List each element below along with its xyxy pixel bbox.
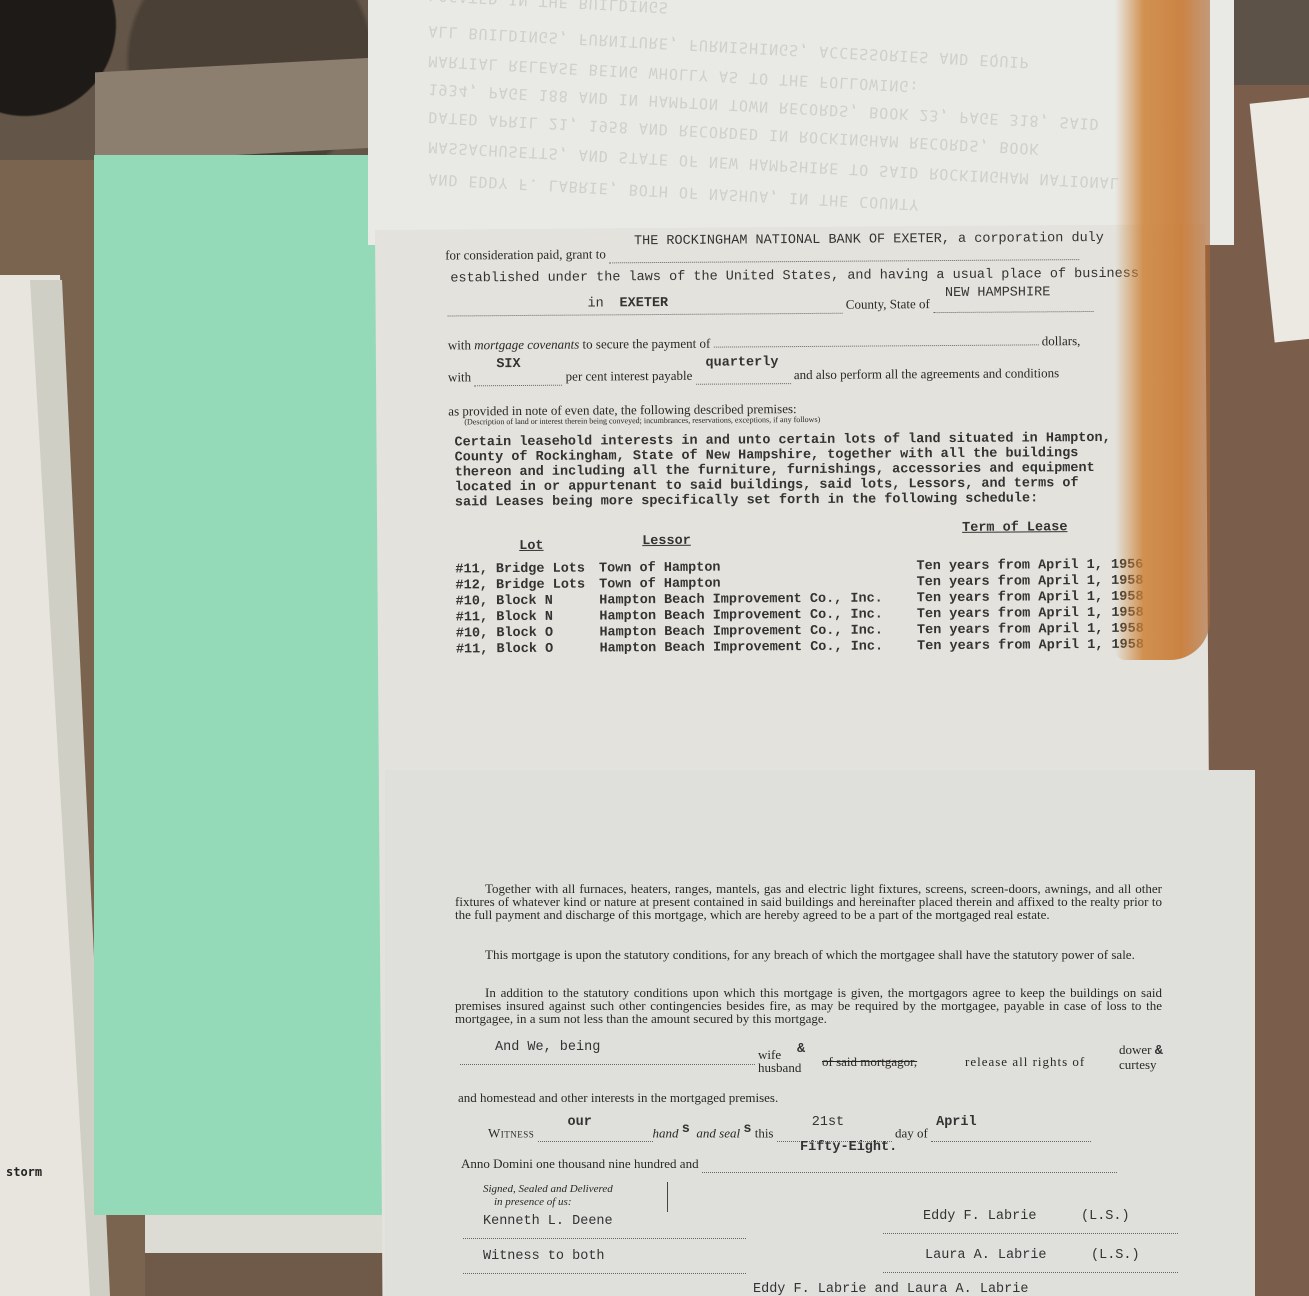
signer-1-field: Eddy F. Labrie (L.S.) [883, 1215, 1178, 1234]
month-field: April [931, 1125, 1091, 1142]
signer-2-line: Laura A. Labrie (L.S.) [883, 1254, 1178, 1273]
witness-line: Witness our hand s and seal s this 21st … [488, 1122, 1091, 1142]
witness-1-line: Kenneth L. Deene [463, 1220, 746, 1239]
homestead-line: and homestead and other interests in the… [458, 1090, 778, 1106]
rate-field: SIX [474, 369, 562, 387]
background-paper [95, 58, 375, 163]
plural-s: s [743, 1122, 751, 1137]
witness-1-field: Kenneth L. Deene [463, 1220, 746, 1239]
presence-label: in presence of us: [494, 1196, 572, 1208]
header-lessor: Lessor [642, 534, 691, 549]
county-label: County, State of [846, 296, 930, 312]
description-line: said Leases being more specifically set … [455, 491, 1111, 511]
dower-label: dower [1119, 1042, 1152, 1057]
release-typed: And We, being [495, 1040, 600, 1055]
signer-2-name: Laura A. Labrie [925, 1248, 1047, 1263]
curtesy-label: curtesy [1119, 1057, 1157, 1072]
this-label: this [755, 1125, 774, 1140]
witness-year: Fifty-Eight. [800, 1140, 897, 1155]
schedule-lot: #11, Block O [456, 640, 600, 657]
schedule-lessor: Hampton Beach Improvement Co., Inc. [599, 606, 897, 624]
witness-day: 21st [812, 1115, 844, 1130]
grantee-field: THE ROCKINGHAM NATIONAL BANK OF EXETER, … [609, 243, 1079, 263]
signer-1-line: Eddy F. Labrie (L.S.) [883, 1215, 1178, 1234]
interest-rate: SIX [496, 357, 520, 372]
ampersand: & [797, 1042, 805, 1057]
witness-2-line: Witness to both [463, 1255, 746, 1274]
with-label: with [448, 369, 471, 384]
witness-our: our [568, 1115, 592, 1130]
left-sheet-word: storm [0, 1165, 66, 1179]
folded-page-top: LOCATED IN THE BUILDINGS ALL BUILDINGS, … [368, 0, 1234, 245]
witness-2-label: Witness to both [483, 1249, 605, 1264]
signed-label: Signed, Sealed and Delivered [483, 1183, 613, 1195]
mortgage-covenants: mortgage covenants [474, 337, 579, 353]
frequency-field: quarterly [696, 367, 791, 385]
signed-sealed: Signed, Sealed and Delivered in presence… [483, 1183, 613, 1209]
payment-line: with mortgage covenants to secure the pa… [448, 333, 1081, 353]
witness-label: Witness [488, 1125, 534, 1140]
dollars-label: dollars, [1042, 333, 1081, 348]
anno-line: Anno Domini one thousand nine hundred an… [461, 1156, 1117, 1173]
payment-suffix: to secure the payment of [582, 336, 710, 352]
combined-names: Eddy F. Labrie and Laura A. Labrie [753, 1282, 1028, 1296]
schedule-lot: #11, Bridge Lots [455, 560, 599, 577]
release-text: release all rights of [965, 1054, 1085, 1070]
location-line: in EXETER County, State of NEW HAMPSHIRE [447, 295, 1093, 317]
header-lot: Lot [519, 539, 543, 554]
insurance-clause: In addition to the statutory conditions … [455, 986, 1162, 1025]
white-strip [145, 1215, 393, 1253]
grantee: THE ROCKINGHAM NATIONAL BANK OF EXETER, … [634, 231, 1104, 249]
anno-label: Anno Domini one thousand nine hundred an… [461, 1156, 699, 1171]
witness-month: April [936, 1115, 977, 1130]
rust-stain [1115, 0, 1210, 660]
statutory-clause: This mortgage is upon the statutory cond… [455, 948, 1162, 961]
city-field: in EXETER [447, 297, 842, 317]
payment-amount-field [714, 344, 1039, 347]
interest-line: with SIX per cent interest payable quart… [448, 365, 1059, 386]
lease-schedule: #11, Bridge LotsTown of HamptonTen years… [455, 557, 1158, 658]
state: NEW HAMPSHIRE [945, 285, 1050, 301]
plural-s: s [682, 1122, 690, 1137]
state-field: NEW HAMPSHIRE [933, 295, 1093, 313]
signer-2-field: Laura A. Labrie (L.S.) [883, 1254, 1178, 1273]
brace [667, 1182, 668, 1212]
rate-suffix: per cent interest payable [566, 368, 693, 384]
signer-1-name: Eddy F. Labrie [923, 1209, 1036, 1224]
schedule-lot: #10, Block O [456, 624, 600, 641]
schedule-lessor: Hampton Beach Improvement Co., Inc. [599, 638, 897, 656]
witness-2-field: Witness to both [463, 1255, 746, 1274]
day-of-label: day of [895, 1125, 928, 1140]
payment-frequency: quarterly [705, 355, 778, 371]
dower-curtesy: dower & curtesy [1119, 1043, 1163, 1071]
schedule-lessor: Hampton Beach Improvement Co., Inc. [599, 590, 897, 608]
grant-line: for consideration paid, grant to THE ROC… [445, 243, 1079, 264]
schedule-lot: #10, Block N [456, 592, 600, 609]
schedule-lot: #12, Bridge Lots [455, 576, 599, 593]
fixtures-clause: Together with all furnaces, heaters, ran… [455, 882, 1162, 921]
brown-strip [145, 1253, 393, 1296]
schedule-lessor: Hampton Beach Improvement Co., Inc. [599, 622, 897, 640]
green-sheet [94, 155, 390, 1215]
in-label: in [587, 296, 603, 311]
city: EXETER [619, 296, 668, 311]
year-field [702, 1156, 1117, 1173]
ls-mark: (L.S.) [1081, 1209, 1130, 1224]
struck-text: of said mortgagor, [822, 1054, 917, 1070]
premises-description: Certain leasehold interests in and unto … [454, 431, 1111, 511]
release-field: And We, being [460, 1046, 755, 1065]
schedule-lot: #11, Block N [456, 608, 600, 625]
grant-prefix: for consideration paid, grant to [445, 246, 606, 262]
our-field: our [538, 1125, 653, 1142]
ls-mark: (L.S.) [1091, 1248, 1140, 1263]
payment-prefix: with [448, 337, 471, 352]
seal-label: and seal [696, 1125, 740, 1140]
note-caption: (Description of land or interest therein… [464, 415, 820, 426]
mortgage-document-lower: Together with all furnaces, heaters, ran… [385, 770, 1255, 1296]
header-term: Term of Lease [962, 520, 1067, 536]
release-line: And We, being [460, 1046, 755, 1065]
frequency-suffix: and also perform all the agreements and … [794, 365, 1059, 382]
husband-label: husband [758, 1060, 801, 1075]
established-line: established under the laws of the United… [450, 267, 1139, 287]
wife-husband: wife husband [758, 1048, 801, 1074]
witness-1-name: Kenneth L. Deene [483, 1214, 613, 1229]
hand-label: hand [653, 1125, 679, 1140]
